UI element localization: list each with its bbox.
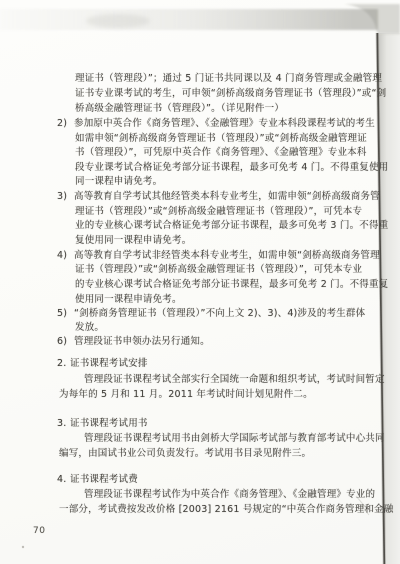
body-line: 复使用同一课程申请免考。	[75, 235, 191, 247]
body-line: 理证书（管理段）”或“剑桥高级金融管理证书（管理段）”，可凭本专	[75, 206, 362, 218]
body-line: 段专业课考试合格证免考部分证书课程，最多可免考 4 门。不得重复使用	[75, 162, 388, 174]
list-marker: 6)	[57, 336, 74, 348]
body-line: 为每年的 5 月和 11 月。2011 年考试时间计划见附件二。	[59, 389, 313, 401]
list-item-line: 5)“剑桥商务管理证书（管理段）”不向上文 2)、3)、4)涉及的考生群体	[57, 308, 365, 320]
page-corner-shadow	[344, 4, 400, 34]
speck	[22, 546, 24, 548]
list-marker: 5)	[57, 308, 74, 320]
section-title: 证书课程考试费	[70, 474, 138, 485]
list-text: 管理段证书申领办法另行通知。	[74, 336, 210, 347]
section-number: 2.	[57, 358, 70, 370]
section-heading: 2.证书课程考试安排	[57, 358, 148, 370]
body-line: 理证书（管理段）”；通过 5 门证书共同课以及 4 门商务管理或金融管理	[75, 73, 382, 85]
body-line: 编写，由国试书业公司负责发行。考试用书目录见附件三。	[59, 448, 311, 460]
page-number: 70	[33, 526, 45, 536]
page-edge-strip	[378, 33, 400, 564]
body-line: 一部分，考试费按发改价格 [2003] 2161 号规定的“中英合作商务管理和金…	[59, 504, 393, 516]
scanned-document-page: 理证书（管理段）”；通过 5 门证书共同课以及 4 门商务管理或金融管理 证书专…	[0, 0, 400, 564]
section-number: 3.	[57, 418, 70, 430]
list-item-line: 3)高等教育自学考试其他经管类本科专业考生，如需申领“剑桥高级商务管	[57, 191, 380, 203]
section-heading: 3.证书课程考试用书	[57, 418, 148, 430]
list-text: 高等教育自学考试非经管类本科专业考生，如需申领“剑桥高级商务管理	[74, 250, 380, 261]
list-text: 高等教育自学考试其他经管类本科专业考生，如需申领“剑桥高级商务管	[74, 191, 380, 202]
page-edge-line	[377, 33, 384, 564]
section-title: 证书课程考试安排	[70, 358, 148, 369]
body-line: 管理段证书课程考试作为中英合作《商务管理》、《金融管理》专业的	[84, 489, 375, 501]
page-edge-line-core	[377, 33, 384, 564]
list-marker: 4)	[57, 250, 74, 262]
body-line: 的专业核心课考试合格证免考部分证书课程，最多可免考 2 门。不得重复	[75, 279, 388, 291]
body-line: 同一课程申请免考。	[75, 176, 162, 188]
section-heading: 4.证书课程考试费	[57, 474, 138, 486]
list-item-line: 6)管理段证书申领办法另行通知。	[57, 336, 210, 348]
body-line: 管理段证书课程考试用书由剑桥大学国际考试部与教育部考试中心共同	[84, 433, 385, 445]
body-line: 桥高级金融管理证书（管理段）”。（详见附件一）	[75, 103, 284, 115]
list-item-line: 2)参加原中英合作《商务管理》、《金融管理》专业本科段课程考试的考生	[57, 118, 375, 130]
section-number: 4.	[57, 474, 70, 486]
body-line: 证书专业课考试的考生，可申领“剑桥高级商务管理证书（管理段）”或“剑	[75, 88, 386, 100]
body-line: 业的专业核心课考试合格证免考部分证书课程，最多可免考 3 门。不得重	[75, 220, 388, 232]
section-title: 证书课程考试用书	[70, 418, 148, 429]
list-marker: 2)	[57, 118, 74, 130]
list-item-line: 4)高等教育自学考试非经管类本科专业考生，如需申领“剑桥高级商务管理	[57, 250, 380, 262]
list-marker: 3)	[57, 191, 74, 203]
body-line: 证书（管理段）”或“剑桥高级金融管理证书（管理段）”，可凭本专业	[75, 264, 362, 276]
body-line: 发放。	[75, 322, 104, 334]
body-line: 如需申领“剑桥高级商务管理证书（管理段）”或“剑桥高级金融管理证	[75, 133, 367, 145]
list-text: “剑桥商务管理证书（管理段）”不向上文 2)、3)、4)涉及的考生群体	[74, 308, 365, 319]
body-line: 使用同一课程申请免考。	[75, 294, 182, 306]
scan-band	[0, 9, 378, 30]
body-line: 管理段证书课程考试全部实行全国统一命题和组织考试，考试时间暂定	[84, 374, 385, 386]
scan-smudge	[86, 14, 150, 28]
list-text: 参加原中英合作《商务管理》、《金融管理》专业本科段课程考试的考生	[74, 118, 375, 129]
body-line: 书（管理段）”，可凭原中英合作《商务管理》、《金融管理》专业本科	[75, 147, 367, 159]
